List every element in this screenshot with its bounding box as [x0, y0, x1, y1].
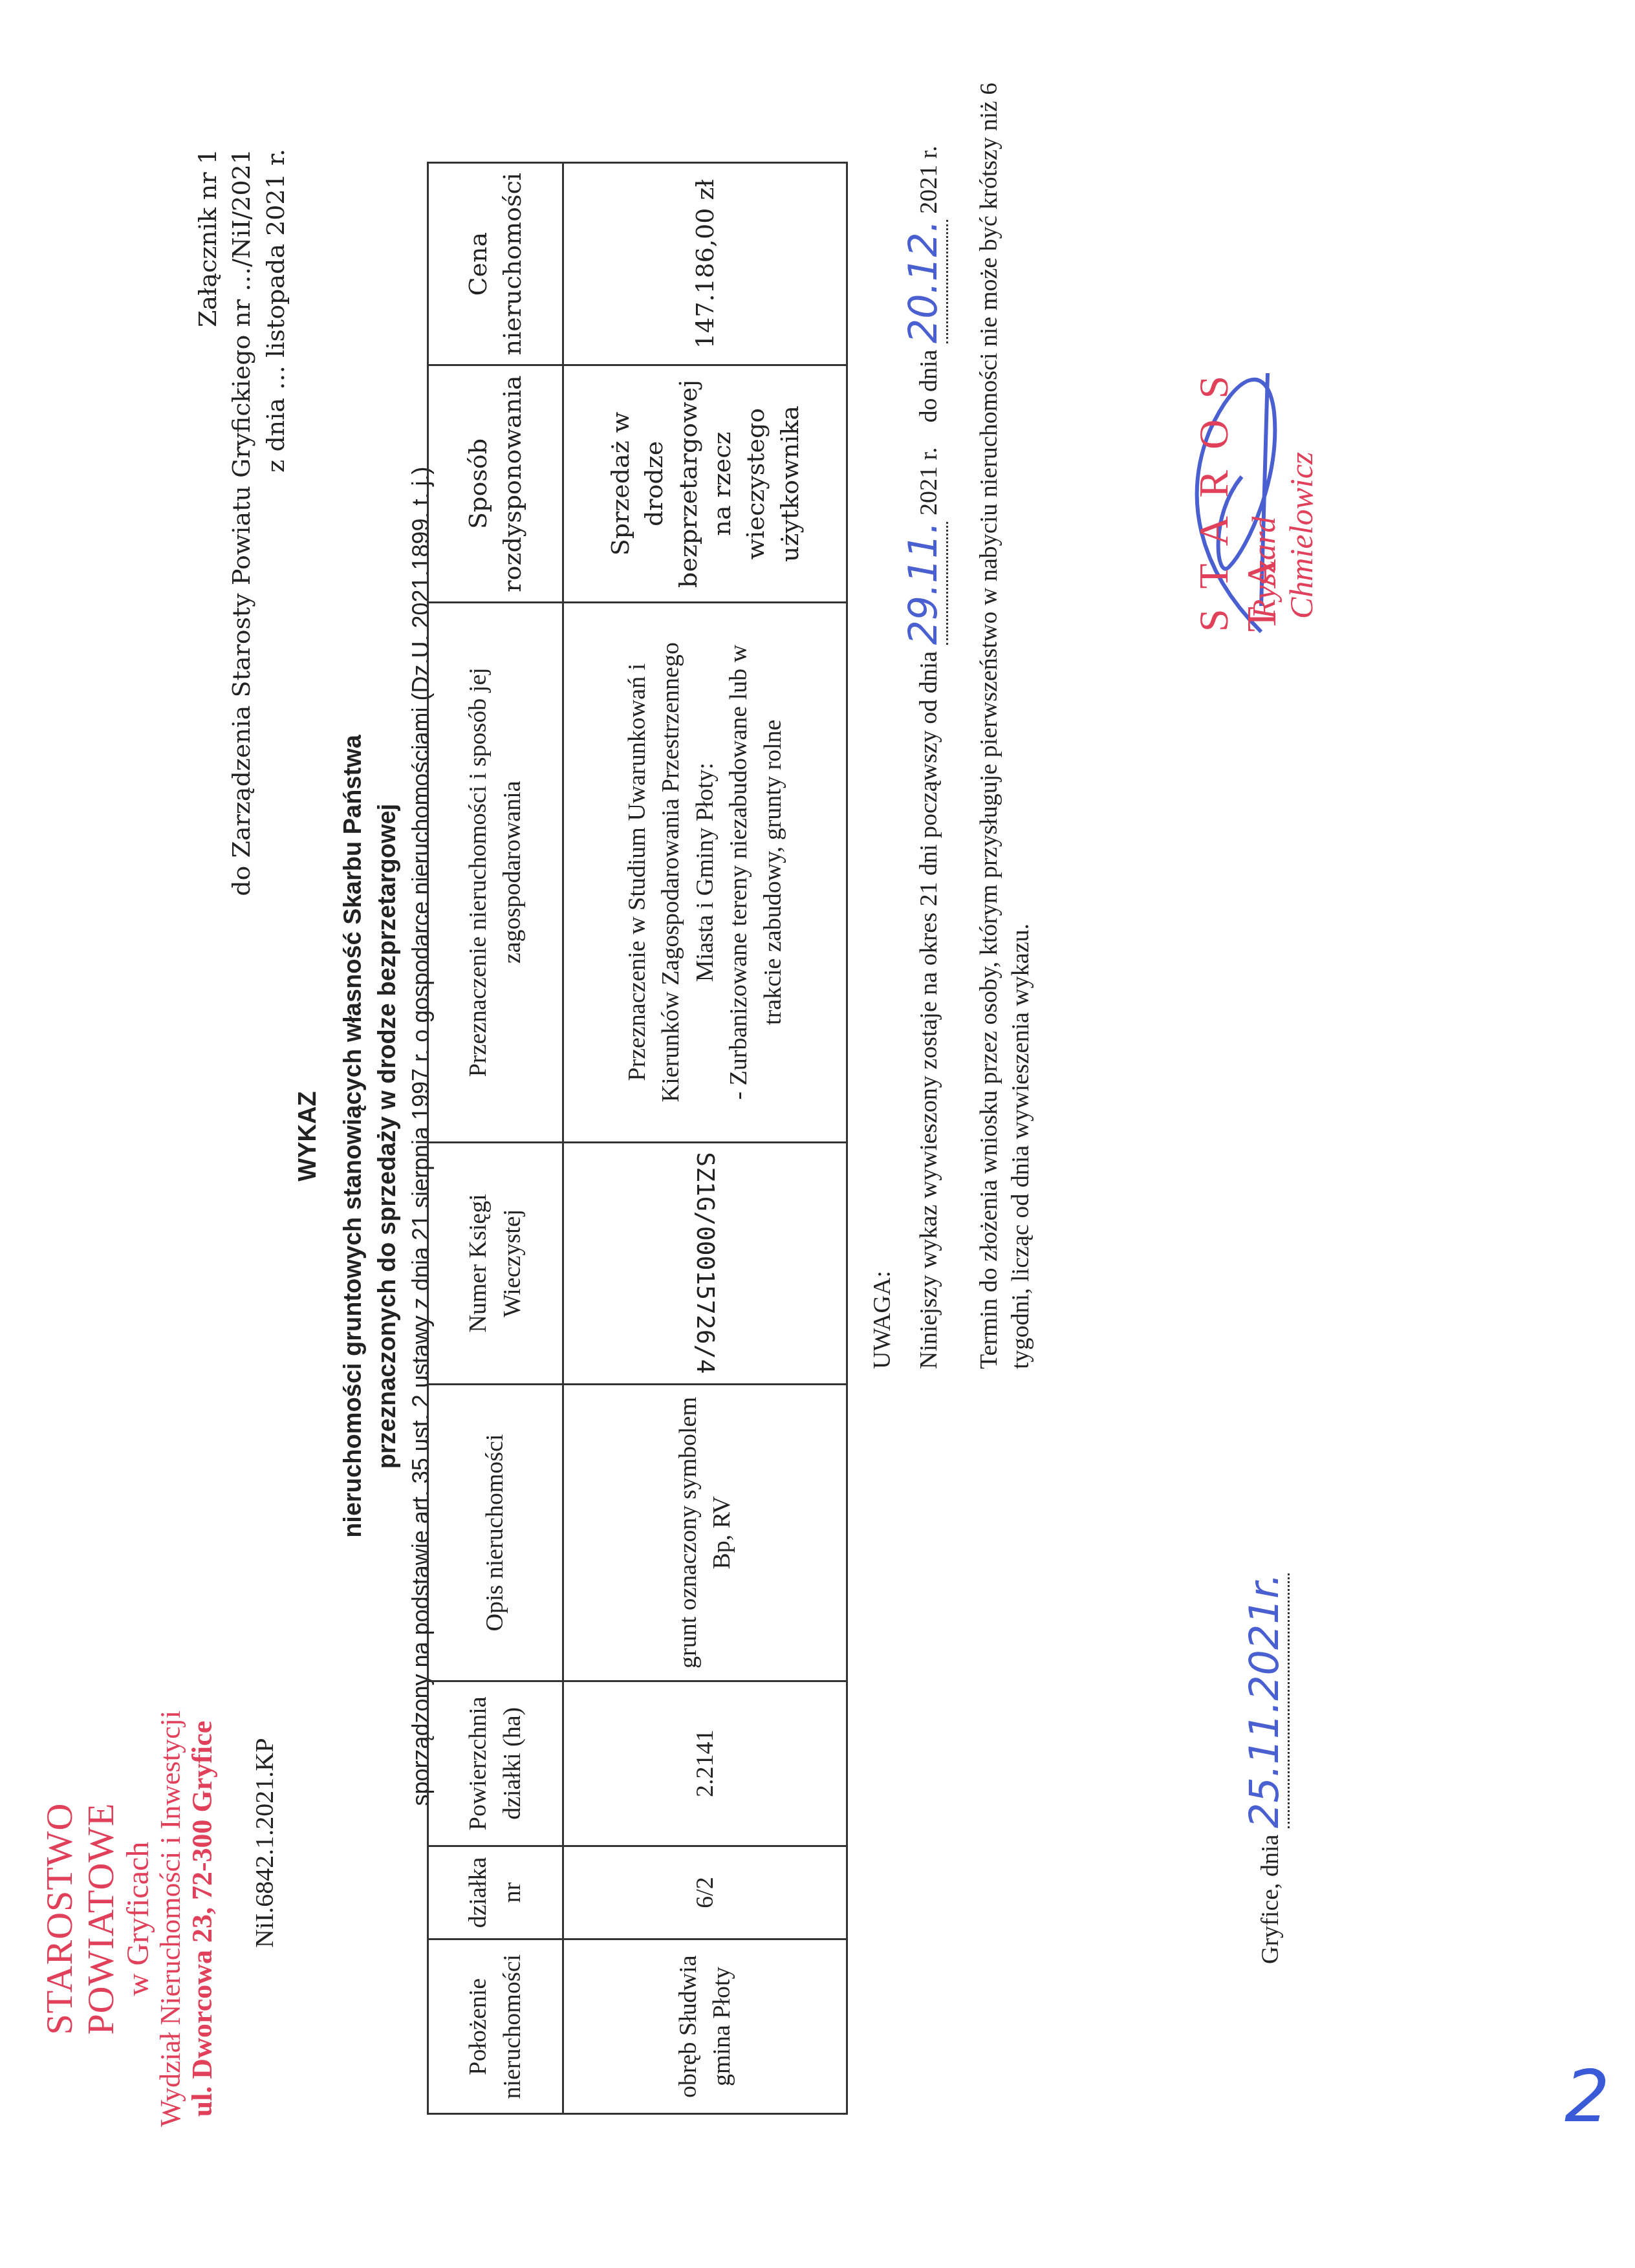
cell-area: 2.2141: [563, 1681, 847, 1846]
header-location: Położenie nieruchomości: [428, 1939, 563, 2114]
property-table: Położenie nieruchomości działka nr Powie…: [427, 162, 848, 2115]
title-line1: nieruchomości gruntowych stanowiących wł…: [336, 457, 371, 1815]
notice-text-before: Niniejszy wykaz wywieszony zostaje na ok…: [915, 645, 942, 1369]
cell-disposal: Sprzedaż w drodze bezprzetargowej na rze…: [563, 365, 847, 602]
header-purpose: Przeznaczenie nieruchomości i sposób jej…: [428, 602, 563, 1142]
annex-header: Załącznik nr 1 do Zarządzenia Starosty P…: [191, 149, 292, 1054]
place-date-value: 25.11.2021r.: [1240, 1573, 1290, 1829]
notice-text-after: 2021 r.: [915, 146, 942, 220]
notice-block: UWAGA: Niniejszy wykaz wywieszony zostaj…: [867, 76, 949, 1369]
cell-description: grunt oznaczony symbolem Bp, RV: [563, 1384, 847, 1681]
signature-name: Ryszard Chmielowicz: [1245, 347, 1320, 619]
table-header-row: Położenie nieruchomości działka nr Powie…: [428, 163, 563, 2114]
cell-price: 147.186,00 zł: [563, 163, 847, 365]
cell-plot-number: 6/2: [563, 1846, 847, 1939]
notice-date-from: 29.11.: [901, 522, 948, 645]
place-date-label: Gryfice, dnia: [1257, 1828, 1284, 1964]
cell-land-register: SZ1G/00015726/4: [563, 1142, 847, 1384]
office-stamp-line3: Wydział Nieruchomości i Inwestycji: [155, 1705, 186, 2132]
header-description: Opis nieruchomości: [428, 1384, 563, 1681]
header-price: Cena nieruchomości: [428, 163, 563, 365]
reference-number: NiI.6842.1.2021.KP: [249, 1738, 279, 1948]
header-disposal: Sposób rozdysponowania: [428, 365, 563, 602]
notice-text-mid: 2021 r. do dnia: [915, 343, 942, 521]
header-area: Powierzchnia działki (ha): [428, 1681, 563, 1846]
notice-deadline: Termin do złożenia wniosku przez osoby, …: [973, 11, 1037, 1369]
office-stamp-line2: w Gryficach: [122, 1705, 156, 2132]
cell-location: obręb Słudwia gmina Płoty: [563, 1939, 847, 2114]
cell-purpose: Przeznaczenie w Studium Uwarunkowań i Ki…: [563, 602, 847, 1142]
notice-date-to: 20.12.: [901, 220, 948, 343]
document-title: WYKAZ nieruchomości gruntowych stanowiąc…: [294, 457, 438, 1815]
annex-line1: Załącznik nr 1: [191, 149, 224, 1054]
table-row: obręb Słudwia gmina Płoty 6/2 2.2141 gru…: [563, 163, 847, 2114]
place-date: Gryfice, dnia 25.11.2021r.: [1239, 1573, 1291, 1964]
signature-block: S T A R O S T A Ryszard Chmielowicz: [1184, 347, 1300, 645]
title-heading: WYKAZ: [294, 457, 322, 1815]
purpose-line2: - Zurbanizowane tereny niezabudowane lub…: [722, 612, 790, 1132]
office-stamp-line4: ul. Dworcowa 23, 72-300 Gryfice: [187, 1705, 218, 2132]
title-line2: przeznaczonych do sprzedaży w drodze bez…: [371, 457, 405, 1815]
header-plot-number: działka nr: [428, 1846, 563, 1939]
notice-label: UWAGA:: [867, 76, 898, 1369]
page-number-mark: 2: [1565, 2055, 1610, 2138]
office-stamp-line1: STAROSTWO POWIATOWE: [39, 1705, 122, 2132]
header-land-register: Numer Księgi Wieczystej: [428, 1142, 563, 1384]
office-stamp: STAROSTWO POWIATOWE w Gryficach Wydział …: [39, 1705, 218, 2132]
purpose-line1: Przeznaczenie w Studium Uwarunkowań i Ki…: [620, 612, 722, 1132]
notice-posting-period: Niniejszy wykaz wywieszony zostaje na ok…: [898, 76, 949, 1369]
annex-line3: z dnia … listopada 2021 r.: [259, 149, 292, 1054]
annex-line2: do Zarządzenia Starosty Powiatu Gryficki…: [224, 149, 258, 1054]
document-page: STAROSTWO POWIATOWE w Gryficach Wydział …: [0, 0, 1635, 2268]
